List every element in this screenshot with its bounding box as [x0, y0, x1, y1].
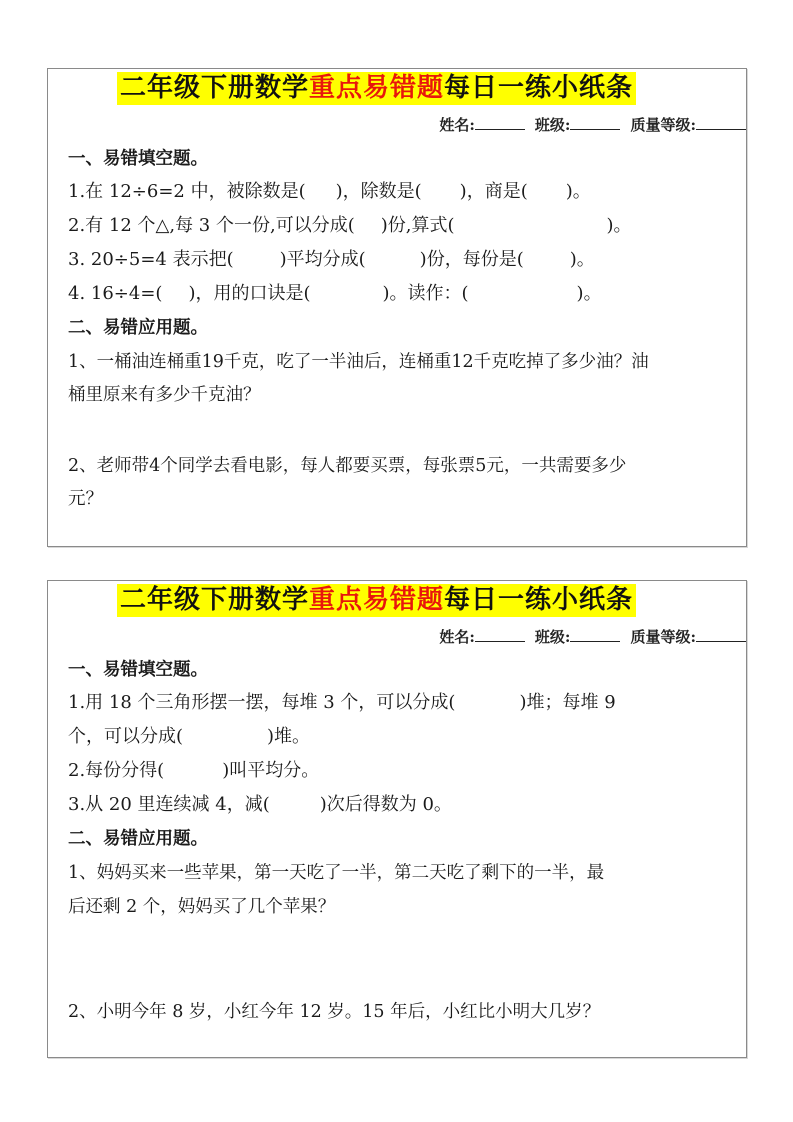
q-text: )，除数是( — [336, 181, 422, 202]
name-label: 姓名: — [439, 116, 475, 134]
word-problem-2-line-2: 元？ — [68, 488, 103, 510]
q-text: )堆。 — [267, 726, 310, 747]
title-part1: 二年级下册数学 — [120, 585, 309, 615]
worksheet-card-2: 二年级下册数学重点易错题每日一练小纸条 姓名:班级:质量等级: 一、易错填空题。… — [47, 580, 747, 1058]
worksheet-card-1: 二年级下册数学重点易错题每日一练小纸条 姓名:班级:质量等级: 一、易错填空题。… — [47, 68, 747, 547]
section-heading-fill-blank: 一、易错填空题。 — [68, 659, 208, 681]
fill-blank-question-1: 1.用 18 个三角形摆一摆，每堆 3 个，可以分成()堆；每堆 9 — [68, 692, 616, 714]
worksheet-title: 二年级下册数学重点易错题每日一练小纸条 — [117, 72, 636, 105]
title-part2: 每日一练小纸条 — [444, 73, 633, 103]
fill-blank-question-4: 4. 16÷4=()，用的口诀是()。读作：()。 — [68, 283, 602, 305]
grade-blank[interactable] — [696, 117, 746, 130]
title-highlight: 重点易错题 — [309, 585, 444, 615]
word-problem-1-line-1: 1、一桶油连桶重19千克，吃了一半油后，连桶重12千克吃掉了多少油？油 — [68, 351, 649, 373]
q-text: )平均分成( — [280, 249, 366, 270]
q-text: 4. 16÷4=( — [68, 283, 162, 304]
q-text: )份，每份是( — [420, 249, 524, 270]
fill-blank-question-2: 2.每份分得()叫平均分。 — [68, 760, 319, 782]
q-text: 2.有 12 个△,每 3 个一份,可以分成( — [68, 215, 355, 236]
section-heading-word-problems: 二、易错应用题。 — [68, 828, 208, 850]
q-text: )次后得数为 0。 — [320, 794, 452, 815]
fill-blank-question-3: 3.从 20 里连续减 4，减()次后得数为 0。 — [68, 794, 452, 816]
worksheet-title: 二年级下册数学重点易错题每日一练小纸条 — [117, 584, 636, 617]
class-label: 班级: — [535, 116, 571, 134]
grade-label: 质量等级: — [630, 628, 696, 646]
class-label: 班级: — [535, 628, 571, 646]
section-heading-fill-blank: 一、易错填空题。 — [68, 148, 208, 170]
class-blank[interactable] — [570, 629, 620, 642]
q-text: 1.在 12÷6=2 中，被除数是( — [68, 181, 306, 202]
q-text: )。 — [607, 215, 632, 236]
title-part1: 二年级下册数学 — [120, 73, 309, 103]
word-problem-2-line-1: 2、小明今年 8 岁，小红今年 12 岁。15 年后，小红比小明大几岁？ — [68, 1001, 600, 1023]
q-text: )。 — [566, 181, 591, 202]
grade-label: 质量等级: — [630, 116, 696, 134]
title-highlight: 重点易错题 — [309, 73, 444, 103]
name-blank[interactable] — [475, 629, 525, 642]
title-part2: 每日一练小纸条 — [444, 585, 633, 615]
student-info-line: 姓名:班级:质量等级: — [439, 114, 746, 135]
fill-blank-question-1-cont: 个，可以分成()堆。 — [68, 726, 310, 748]
q-text: )，用的口诀是( — [188, 283, 310, 304]
q-text: )份,算式( — [381, 215, 455, 236]
q-text: 3. 20÷5=4 表示把( — [68, 249, 234, 270]
q-text: )。 — [577, 283, 602, 304]
q-text: 1.用 18 个三角形摆一摆，每堆 3 个，可以分成( — [68, 692, 455, 713]
q-text: 个，可以分成( — [68, 726, 183, 747]
word-problem-2-line-1: 2、老师带4个同学去看电影，每人都要买票，每张票5元，一共需要多少 — [68, 455, 626, 477]
q-text: )。 — [570, 249, 595, 270]
q-text: )，商是( — [460, 181, 528, 202]
name-label: 姓名: — [439, 628, 475, 646]
q-text: )叫平均分。 — [222, 760, 319, 781]
word-problem-1-line-2: 桶里原来有多少千克油？ — [68, 384, 261, 406]
q-text: 2.每份分得( — [68, 760, 164, 781]
q-text: )。读作：( — [383, 283, 469, 304]
class-blank[interactable] — [570, 117, 620, 130]
word-problem-1-line-2: 后还剩 2 个，妈妈买了几个苹果？ — [68, 896, 335, 918]
word-problem-1-line-1: 1、妈妈买来一些苹果，第一天吃了一半，第二天吃了剩下的一半，最 — [68, 862, 604, 884]
grade-blank[interactable] — [696, 629, 746, 642]
fill-blank-question-3: 3. 20÷5=4 表示把()平均分成()份，每份是()。 — [68, 249, 595, 271]
section-heading-word-problems: 二、易错应用题。 — [68, 317, 208, 339]
student-info-line: 姓名:班级:质量等级: — [439, 626, 746, 647]
name-blank[interactable] — [475, 117, 525, 130]
q-text: 3.从 20 里连续减 4，减( — [68, 794, 270, 815]
fill-blank-question-2: 2.有 12 个△,每 3 个一份,可以分成()份,算式()。 — [68, 215, 632, 237]
q-text: )堆；每堆 9 — [519, 692, 615, 713]
fill-blank-question-1: 1.在 12÷6=2 中，被除数是()，除数是()，商是()。 — [68, 181, 591, 203]
